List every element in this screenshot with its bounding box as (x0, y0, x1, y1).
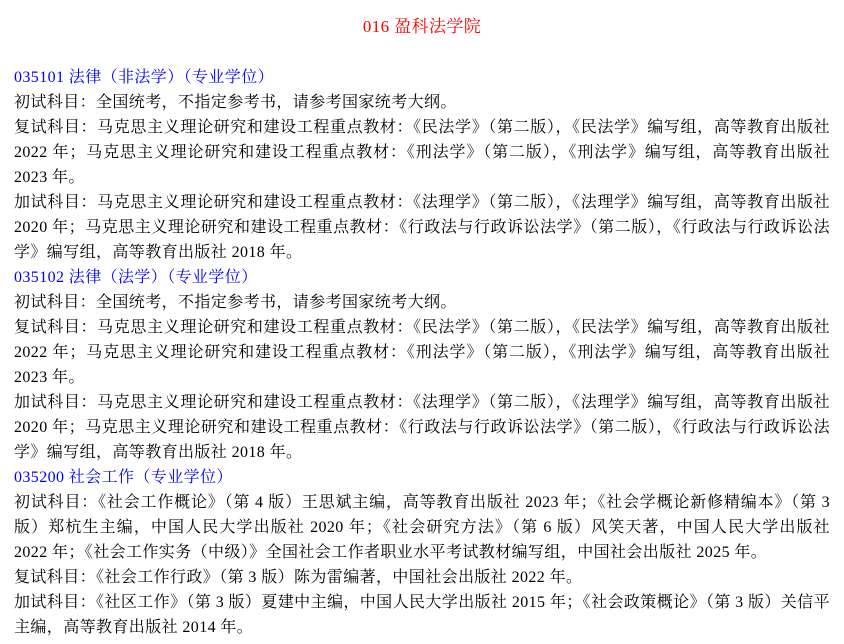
program-heading-035101: 035101 法律（非法学）（专业学位） (14, 65, 830, 90)
initial-exam-subjects: 初试科目：全国统考，不指定参考书，请参考国家统考大纲。 (14, 290, 830, 315)
initial-exam-subjects: 初试科目：全国统考，不指定参考书，请参考国家统考大纲。 (14, 90, 830, 115)
additional-exam-subjects: 加试科目：马克思主义理论研究和建设工程重点教材：《法理学》（第二版），《法理学》… (14, 390, 830, 465)
retest-exam-subjects: 复试科目：马克思主义理论研究和建设工程重点教材：《民法学》（第二版），《民法学》… (14, 315, 830, 390)
retest-exam-subjects: 复试科目：马克思主义理论研究和建设工程重点教材：《民法学》（第二版），《民法学》… (14, 115, 830, 190)
program-heading-035200: 035200 社会工作（专业学位） (14, 465, 830, 490)
additional-exam-subjects: 加试科目：《社区工作》（第 3 版）夏建中主编，中国人民大学出版社 2015 年… (14, 590, 830, 640)
page-title: 016 盈科法学院 (14, 14, 830, 39)
document-page: 016 盈科法学院 035101 法律（非法学）（专业学位） 初试科目：全国统考… (0, 0, 844, 644)
additional-exam-subjects: 加试科目：马克思主义理论研究和建设工程重点教材：《法理学》（第二版），《法理学》… (14, 190, 830, 265)
program-heading-035102: 035102 法律（法学）（专业学位） (14, 265, 830, 290)
program-section-035200: 035200 社会工作（专业学位） 初试科目：《社会工作概论》（第 4 版）王思… (14, 465, 830, 640)
retest-exam-subjects: 复试科目：《社会工作行政》（第 3 版）陈为雷编著，中国社会出版社 2022 年… (14, 565, 830, 590)
initial-exam-subjects: 初试科目：《社会工作概论》（第 4 版）王思斌主编，高等教育出版社 2023 年… (14, 490, 830, 565)
program-section-035101: 035101 法律（非法学）（专业学位） 初试科目：全国统考，不指定参考书，请参… (14, 65, 830, 265)
program-section-035102: 035102 法律（法学）（专业学位） 初试科目：全国统考，不指定参考书，请参考… (14, 265, 830, 465)
